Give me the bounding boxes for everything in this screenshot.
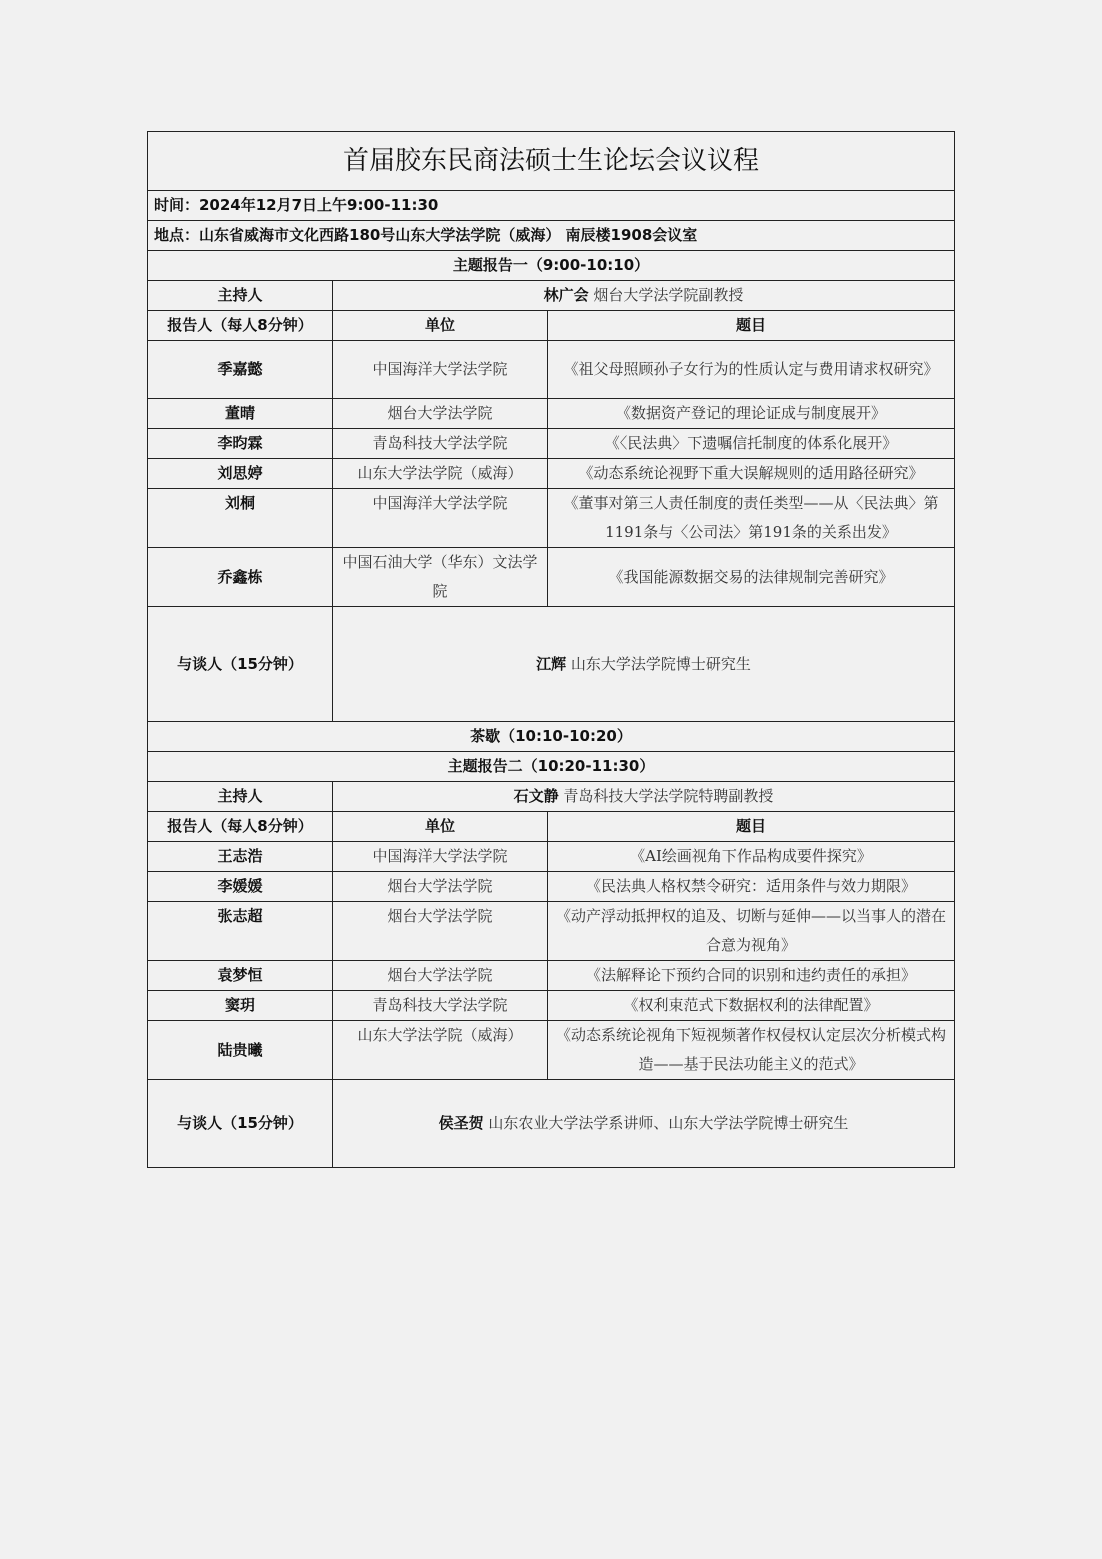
table-row: 王志浩 中国海洋大学法学院 《AI绘画视角下作品构成要件探究》 xyxy=(148,842,955,872)
table-row: 董晴 烟台大学法学院 《数据资产登记的理论证成与制度展开》 xyxy=(148,399,955,429)
reporter-unit: 青岛科技大学法学院 xyxy=(333,429,548,459)
report-topic: 《动态系统论视野下重大误解规则的适用路径研究》 xyxy=(548,459,955,489)
session1-discussant: 江辉 山东大学法学院博士研究生 xyxy=(333,607,955,722)
unit-col-header: 单位 xyxy=(333,812,548,842)
table-row: 陆贵曦 山东大学法学院（威海） 《动态系统论视角下短视频著作权侵权认定层次分析模… xyxy=(148,1021,955,1080)
reporter-unit: 山东大学法学院（威海） xyxy=(333,459,548,489)
reporter-col-header: 报告人（每人8分钟） xyxy=(148,311,333,341)
reporter-col-header: 报告人（每人8分钟） xyxy=(148,812,333,842)
location-line: 地点：山东省威海市文化西路180号山东大学法学院（威海） 南辰楼1908会议室 xyxy=(148,221,955,251)
table-row: 刘思婷 山东大学法学院（威海） 《动态系统论视野下重大误解规则的适用路径研究》 xyxy=(148,459,955,489)
reporter-name: 刘思婷 xyxy=(148,459,333,489)
reporter-unit: 烟台大学法学院 xyxy=(333,399,548,429)
table-row: 李昀霖 青岛科技大学法学院 《〈民法典〉下遗嘱信托制度的体系化展开》 xyxy=(148,429,955,459)
host-name: 林广会 xyxy=(544,286,589,304)
host-label: 主持人 xyxy=(148,782,333,812)
unit-col-header: 单位 xyxy=(333,311,548,341)
reporter-unit: 中国海洋大学法学院 xyxy=(333,842,548,872)
session1-header: 主题报告一（9:00-10:10） xyxy=(148,251,955,281)
report-topic: 《动产浮动抵押权的追及、切断与延伸——以当事人的潜在合意为视角》 xyxy=(548,902,955,961)
report-topic: 《董事对第三人责任制度的责任类型——从〈民法典〉第1191条与〈公司法〉第191… xyxy=(548,489,955,548)
report-topic: 《民法典人格权禁令研究：适用条件与效力期限》 xyxy=(548,872,955,902)
reporter-name: 陆贵曦 xyxy=(148,1021,333,1080)
report-topic: 《我国能源数据交易的法律规制完善研究》 xyxy=(548,548,955,607)
session2-discussant: 侯圣贺 山东农业大学法学系讲师、山东大学法学院博士研究生 xyxy=(333,1080,955,1168)
reporter-name: 季嘉懿 xyxy=(148,341,333,399)
host-title: 烟台大学法学院副教授 xyxy=(593,286,743,304)
document-title: 首届胶东民商法硕士生论坛会议议程 xyxy=(148,132,955,191)
reporter-unit: 烟台大学法学院 xyxy=(333,902,548,961)
table-row: 李媛媛 烟台大学法学院 《民法典人格权禁令研究：适用条件与效力期限》 xyxy=(148,872,955,902)
table-row: 刘桐 中国海洋大学法学院 《董事对第三人责任制度的责任类型——从〈民法典〉第11… xyxy=(148,489,955,548)
reporter-name: 窦玥 xyxy=(148,991,333,1021)
reporter-unit: 烟台大学法学院 xyxy=(333,872,548,902)
topic-col-header: 题目 xyxy=(548,812,955,842)
report-topic: 《法解释论下预约合同的识别和违约责任的承担》 xyxy=(548,961,955,991)
reporter-unit: 中国海洋大学法学院 xyxy=(333,489,548,548)
table-row: 季嘉懿 中国海洋大学法学院 《祖父母照顾孙子女行为的性质认定与费用请求权研究》 xyxy=(148,341,955,399)
host-title: 青岛科技大学法学院特聘副教授 xyxy=(563,787,773,805)
host-label: 主持人 xyxy=(148,281,333,311)
reporter-name: 袁梦恒 xyxy=(148,961,333,991)
discussant-name: 侯圣贺 xyxy=(439,1114,484,1132)
discussant-label: 与谈人（15分钟） xyxy=(148,1080,333,1168)
report-topic: 《AI绘画视角下作品构成要件探究》 xyxy=(548,842,955,872)
report-topic: 《〈民法典〉下遗嘱信托制度的体系化展开》 xyxy=(548,429,955,459)
reporter-name: 张志超 xyxy=(148,902,333,961)
agenda-table: 首届胶东民商法硕士生论坛会议议程 时间：2024年12月7日上午9:00-11:… xyxy=(147,131,955,1168)
topic-col-header: 题目 xyxy=(548,311,955,341)
discussant-title: 山东农业大学法学系讲师、山东大学法学院博士研究生 xyxy=(488,1114,848,1132)
report-topic: 《动态系统论视角下短视频著作权侵权认定层次分析模式构造——基于民法功能主义的范式… xyxy=(548,1021,955,1080)
session1-host: 林广会 烟台大学法学院副教授 xyxy=(333,281,955,311)
reporter-name: 李媛媛 xyxy=(148,872,333,902)
reporter-name: 李昀霖 xyxy=(148,429,333,459)
reporter-unit: 烟台大学法学院 xyxy=(333,961,548,991)
reporter-name: 王志浩 xyxy=(148,842,333,872)
table-row: 袁梦恒 烟台大学法学院 《法解释论下预约合同的识别和违约责任的承担》 xyxy=(148,961,955,991)
reporter-name: 乔鑫栋 xyxy=(148,548,333,607)
reporter-unit: 中国海洋大学法学院 xyxy=(333,341,548,399)
reporter-unit: 中国石油大学（华东）文法学院 xyxy=(333,548,548,607)
reporter-name: 刘桐 xyxy=(148,489,333,548)
reporter-unit: 山东大学法学院（威海） xyxy=(333,1021,548,1080)
report-topic: 《权利束范式下数据权利的法律配置》 xyxy=(548,991,955,1021)
reporter-name: 董晴 xyxy=(148,399,333,429)
report-topic: 《数据资产登记的理论证成与制度展开》 xyxy=(548,399,955,429)
session2-header: 主题报告二（10:20-11:30） xyxy=(148,752,955,782)
tea-break: 茶歇（10:10-10:20） xyxy=(148,722,955,752)
session2-host: 石文静 青岛科技大学法学院特聘副教授 xyxy=(333,782,955,812)
table-row: 窦玥 青岛科技大学法学院 《权利束范式下数据权利的法律配置》 xyxy=(148,991,955,1021)
discussant-name: 江辉 xyxy=(536,655,566,673)
discussant-label: 与谈人（15分钟） xyxy=(148,607,333,722)
table-row: 乔鑫栋 中国石油大学（华东）文法学院 《我国能源数据交易的法律规制完善研究》 xyxy=(148,548,955,607)
table-row: 张志超 烟台大学法学院 《动产浮动抵押权的追及、切断与延伸——以当事人的潜在合意… xyxy=(148,902,955,961)
discussant-title: 山东大学法学院博士研究生 xyxy=(571,655,751,673)
host-name: 石文静 xyxy=(514,787,559,805)
reporter-unit: 青岛科技大学法学院 xyxy=(333,991,548,1021)
time-line: 时间：2024年12月7日上午9:00-11:30 xyxy=(148,191,955,221)
report-topic: 《祖父母照顾孙子女行为的性质认定与费用请求权研究》 xyxy=(548,341,955,399)
